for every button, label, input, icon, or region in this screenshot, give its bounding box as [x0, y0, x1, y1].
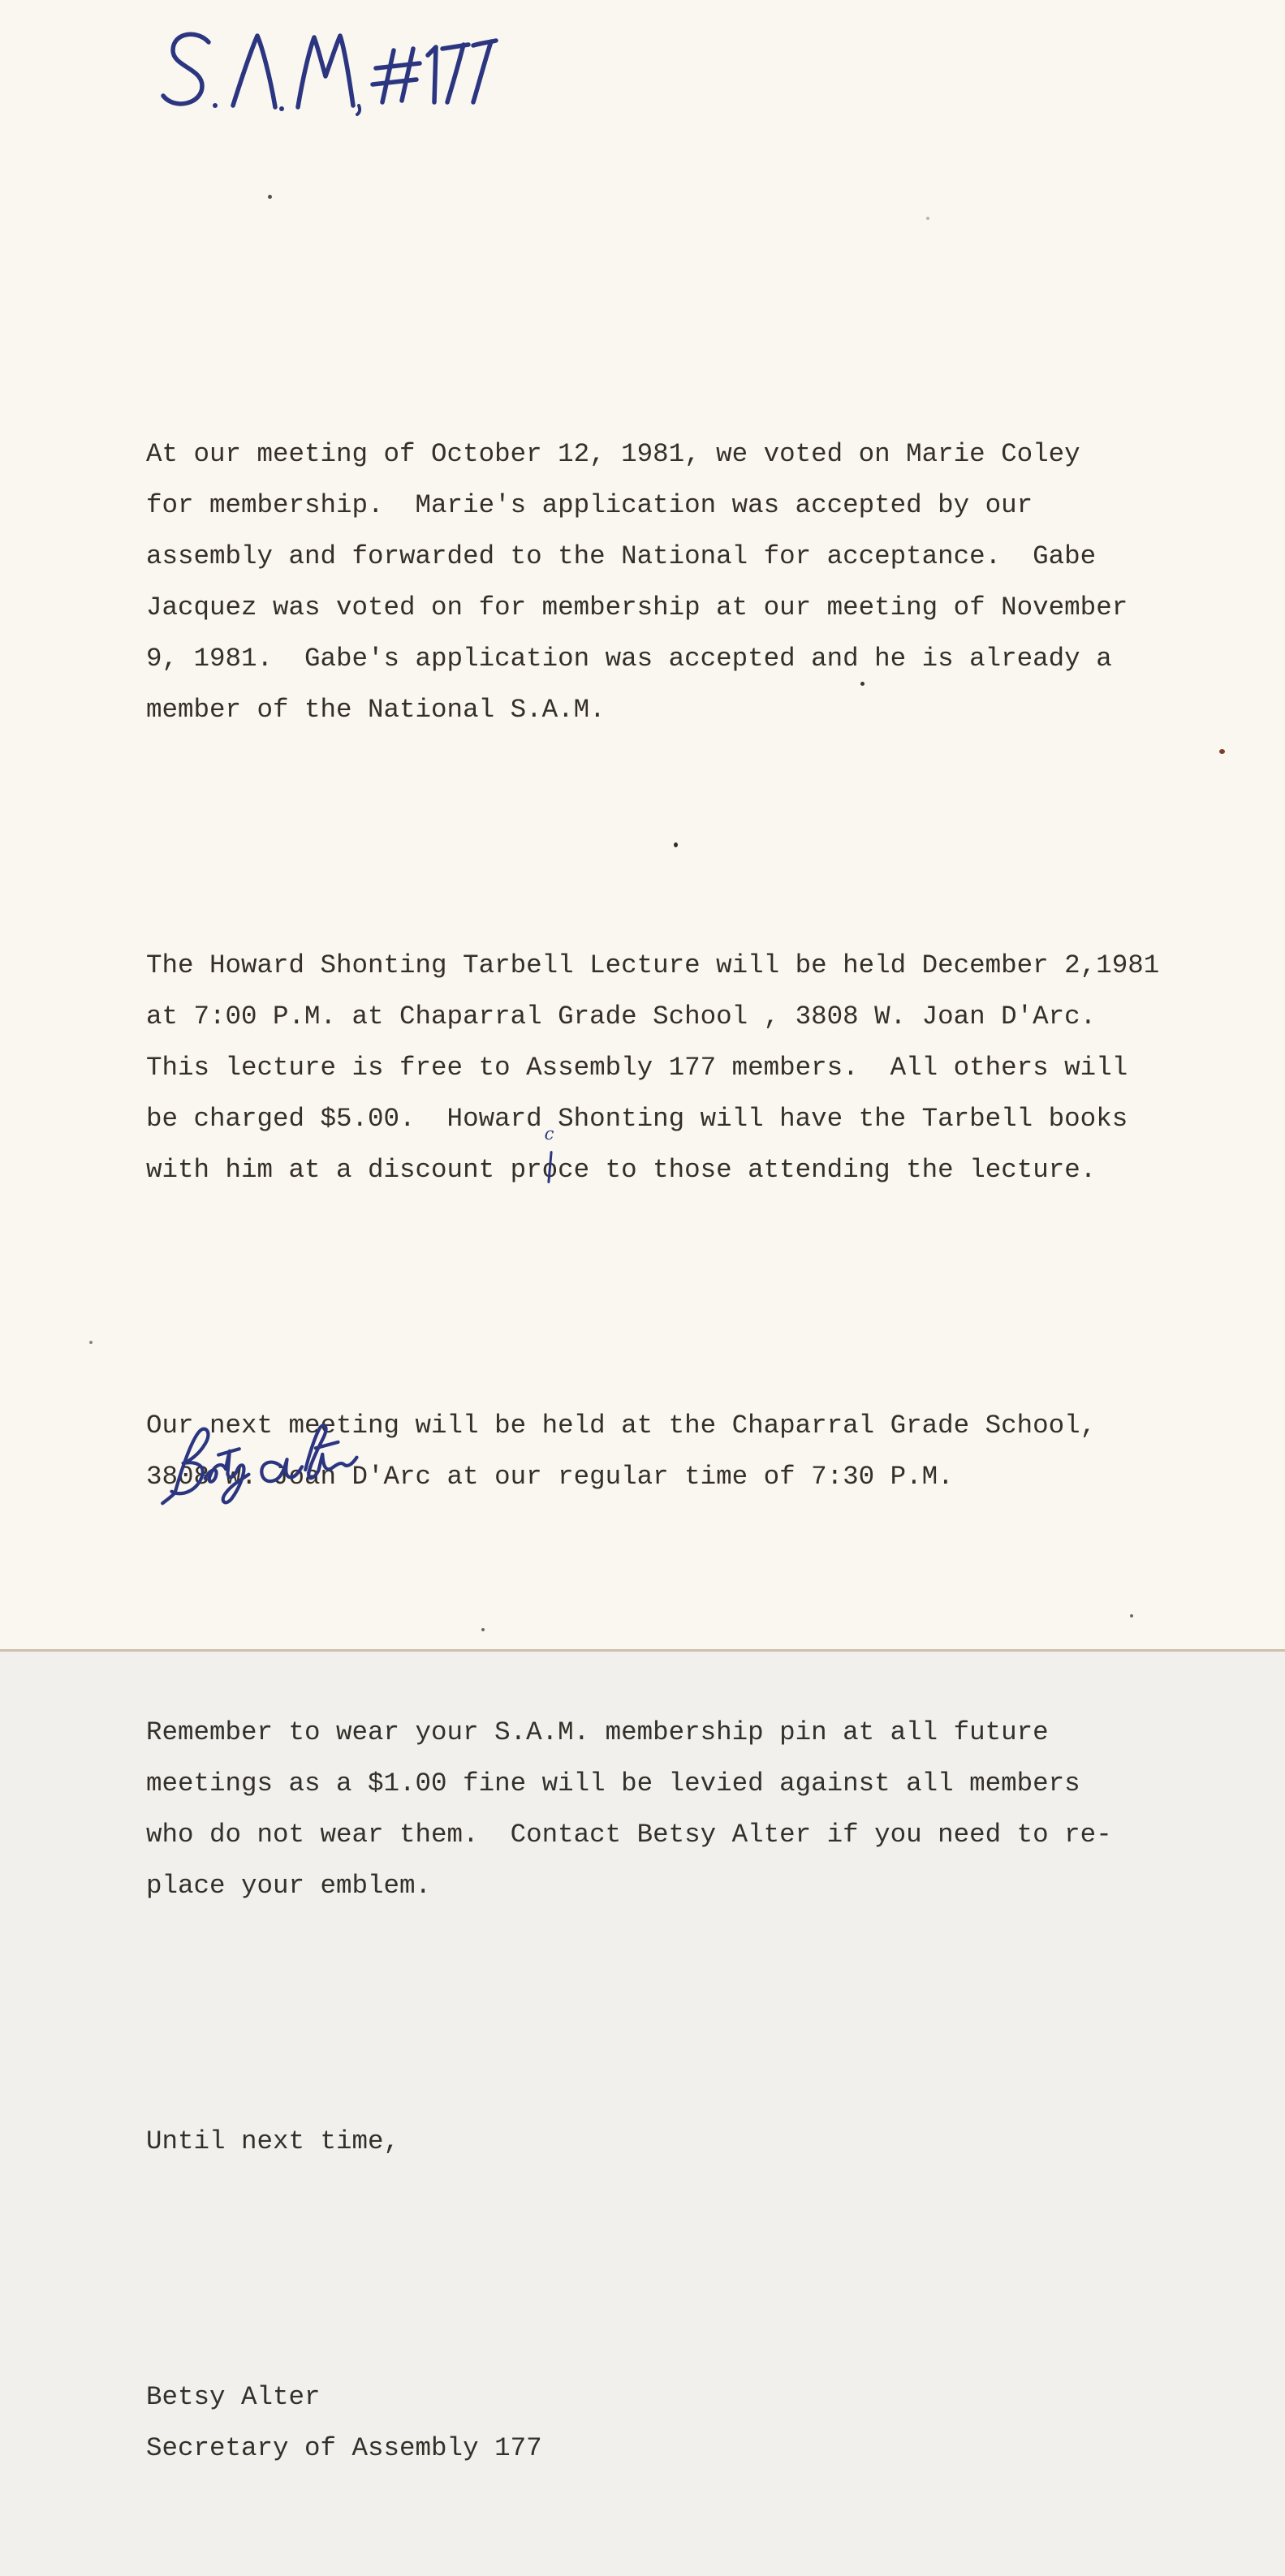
letter-page: S.A.M. #177 At our meeting of October 12…: [0, 0, 1285, 1651]
handwritten-correction-letter: c: [545, 1126, 554, 1143]
paper-speck: [89, 1341, 93, 1344]
typed-dot-mark: [860, 682, 865, 686]
paper-speck: [1219, 749, 1225, 754]
handwritten-header: [158, 24, 499, 118]
paragraph-2-text-before: The Howard Shonting Tarbell Lecture will…: [146, 950, 1159, 1185]
typed-dot-mark: [674, 842, 678, 847]
scan-bottom-edge: [0, 1649, 1285, 1652]
signature-text: Betsy Alter: [0, 0, 1, 1]
typo-correction: co: [542, 1155, 558, 1185]
paragraph-2: The Howard Shonting Tarbell Lecture will…: [146, 940, 1226, 1195]
paragraph-1: At our meeting of October 12, 1981, we v…: [146, 429, 1226, 735]
paper-speck: [926, 217, 929, 220]
paper-speck: [268, 195, 272, 199]
paper-speck: [1130, 1614, 1133, 1618]
paragraph-2-text-after: ce to those attending the lecture.: [558, 1155, 1096, 1185]
signature: [154, 1416, 364, 1518]
paper-speck: [481, 1628, 485, 1631]
handwritten-header-text: S.A.M. #177: [0, 0, 1, 1]
